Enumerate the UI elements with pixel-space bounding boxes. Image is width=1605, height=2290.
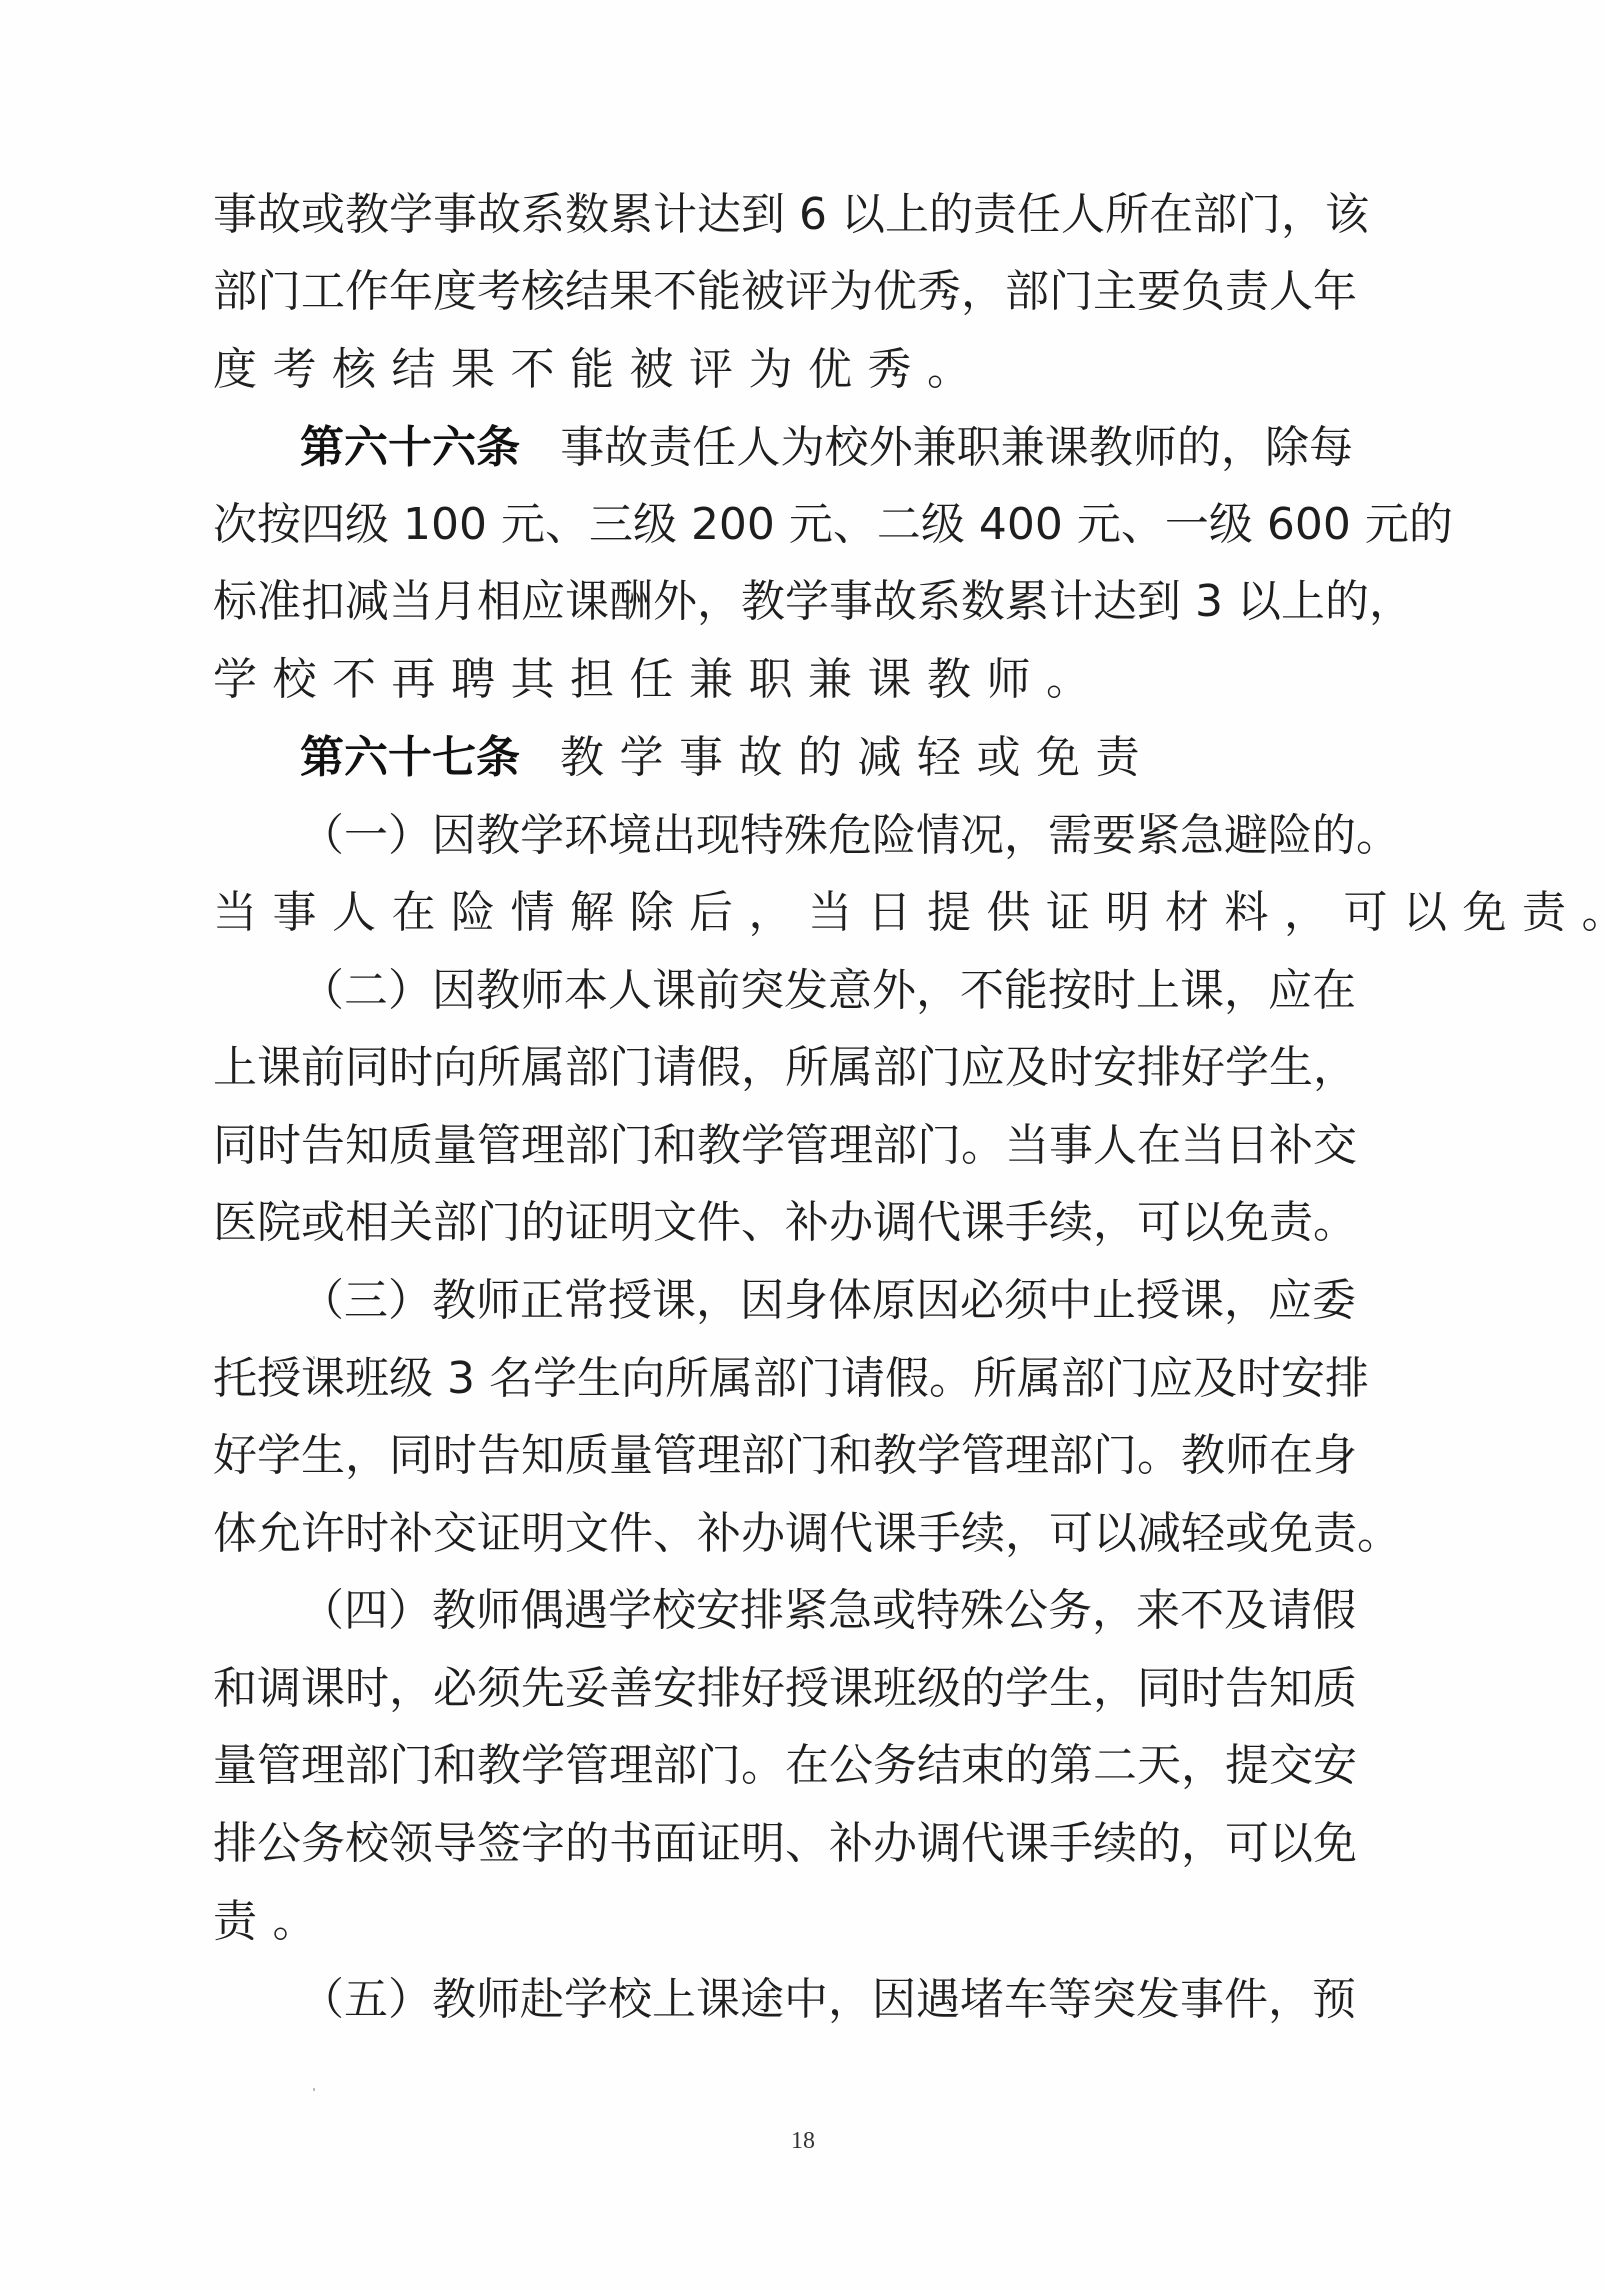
scan-speck [313,1356,315,1359]
text-line: （三）教师正常授课，因身体原因必须中止授课，应委 [300,1271,1353,1331]
text-line: 事故或教学事故系数累计达到 6 以上的责任人所在部门，该 [213,185,1353,245]
text-line: 度考核结果不能被评为优秀。 [213,340,1353,400]
text-line: （一）因教学环境出现特殊危险情况，需要紧急避险的。 [300,806,1353,866]
article-heading: 第六十七条 [300,732,520,783]
page-number: 18 [778,2128,828,2155]
text-line: 当事人在险情解除后，当日提供证明材料，可以免责。 [213,883,1353,943]
text-line: 排公务校领导签字的书面证明、补办调代课手续的，可以免 [213,1814,1353,1874]
article-66-first-line: 第六十六条事故责任人为校外兼职兼课教师的，除每 [300,418,1353,478]
text-line: 医院或相关部门的证明文件、补办调代课手续，可以免责。 [213,1193,1353,1253]
text-line: 和调课时，必须先妥善安排好授课班级的学生，同时告知质 [213,1659,1353,1719]
text-line: 好学生，同时告知质量管理部门和教学管理部门。教师在身 [213,1426,1353,1486]
text-line: （二）因教师本人课前突发意外，不能按时上课，应在 [300,961,1353,1021]
text-span: 事故责任人为校外兼职兼课教师的，除每 [560,422,1353,473]
text-line: 托授课班级 3 名学生向所属部门请假。所属部门应及时安排 [213,1349,1353,1409]
text-line: 同时告知质量管理部门和教学管理部门。当事人在当日补交 [213,1116,1353,1176]
text-line: 上课前同时向所属部门请假，所属部门应及时安排好学生， [213,1038,1353,1098]
scan-speck [313,2088,315,2091]
text-line: 标准扣减当月相应课酬外，教学事故系数累计达到 3 以上的， [213,572,1353,632]
text-line: 责。 [213,1892,1353,1952]
text-line: （五）教师赴学校上课途中，因遇堵车等突发事件，预 [300,1970,1353,2030]
text-line: 部门工作年度考核结果不能被评为优秀，部门主要负责人年 [213,262,1353,322]
article-67-heading-line: 第六十七条教学事故的减轻或免责 [300,728,1353,788]
text-span: 教学事故的减轻或免责 [560,732,1155,783]
document-page: 事故或教学事故系数累计达到 6 以上的责任人所在部门，该 部门工作年度考核结果不… [0,0,1605,2290]
text-line: （四）教师偶遇学校安排紧急或特殊公务，来不及请假 [300,1581,1353,1641]
text-line: 学校不再聘其担任兼职兼课教师。 [213,650,1353,710]
article-heading: 第六十六条 [300,422,520,473]
text-line: 量管理部门和教学管理部门。在公务结束的第二天，提交安 [213,1736,1353,1796]
text-line: 体允许时补交证明文件、补办调代课手续，可以减轻或免责。 [213,1504,1353,1564]
text-line: 次按四级 100 元、三级 200 元、二级 400 元、一级 600 元的 [213,495,1353,555]
